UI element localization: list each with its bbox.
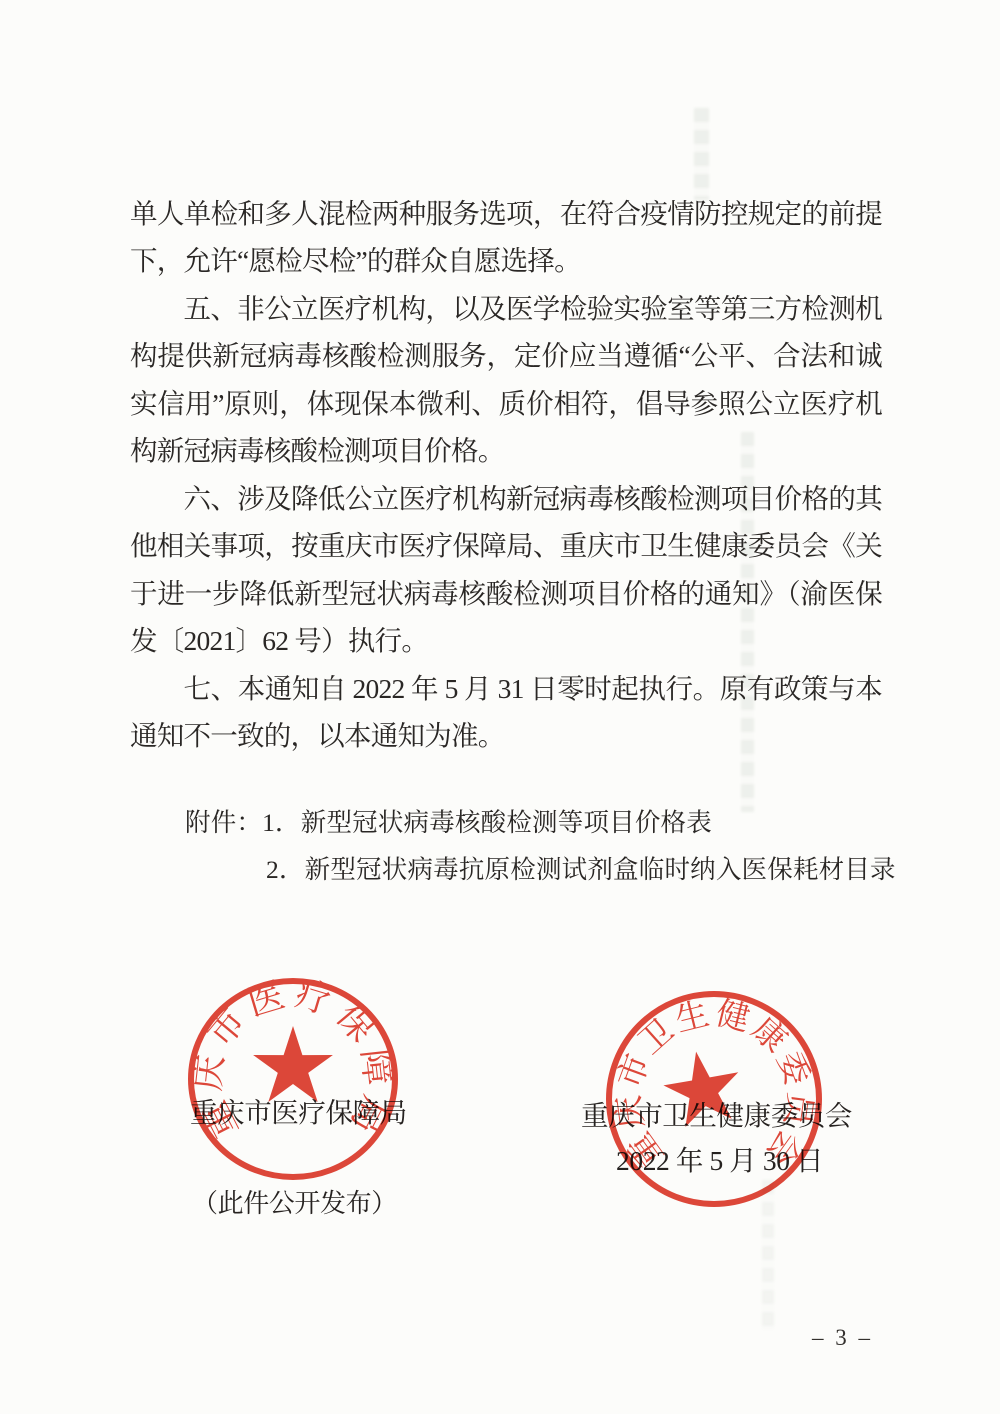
bleedthrough-mark (694, 108, 709, 200)
star-icon (659, 1045, 746, 1129)
paragraph-item-5: 五、非公立医疗机构，以及医学检验实验室等第三方检测机构提供新冠病毒核酸检测服务，… (130, 285, 882, 475)
scanned-notice-page: 单人单检和多人混检两种服务选项，在符合疫情防控规定的前提下，允许“愿检尽检”的群… (0, 0, 1000, 1414)
star-icon (253, 1026, 333, 1102)
attachment-line-1: 附件：1．新型冠状病毒核酸检测等项目价格表 (185, 803, 712, 839)
paragraph-item-6: 六、涉及降低公立医疗机构新冠病毒核酸检测项目价格的其他相关事项，按重庆市医疗保障… (130, 475, 882, 665)
attachment-line-2: 2．新型冠状病毒抗原检测试剂盒临时纳入医保耗材目录 (266, 850, 896, 886)
health-commission-seal: 重庆市卫生健康委员会 (601, 986, 827, 1212)
paragraph-item-7: 七、本通知自 2022 年 5 月 31 日零时起执行。原有政策与本通知不一致的… (130, 665, 882, 760)
page-number: – 3 – (812, 1325, 873, 1351)
public-release-note: （此件公开发布） (192, 1183, 397, 1220)
medical-security-bureau-seal: 重庆市医疗保障局 (182, 970, 404, 1188)
paragraph-continuation: 单人单检和多人混检两种服务选项，在符合疫情防控规定的前提下，允许“愿检尽检”的群… (130, 190, 882, 285)
